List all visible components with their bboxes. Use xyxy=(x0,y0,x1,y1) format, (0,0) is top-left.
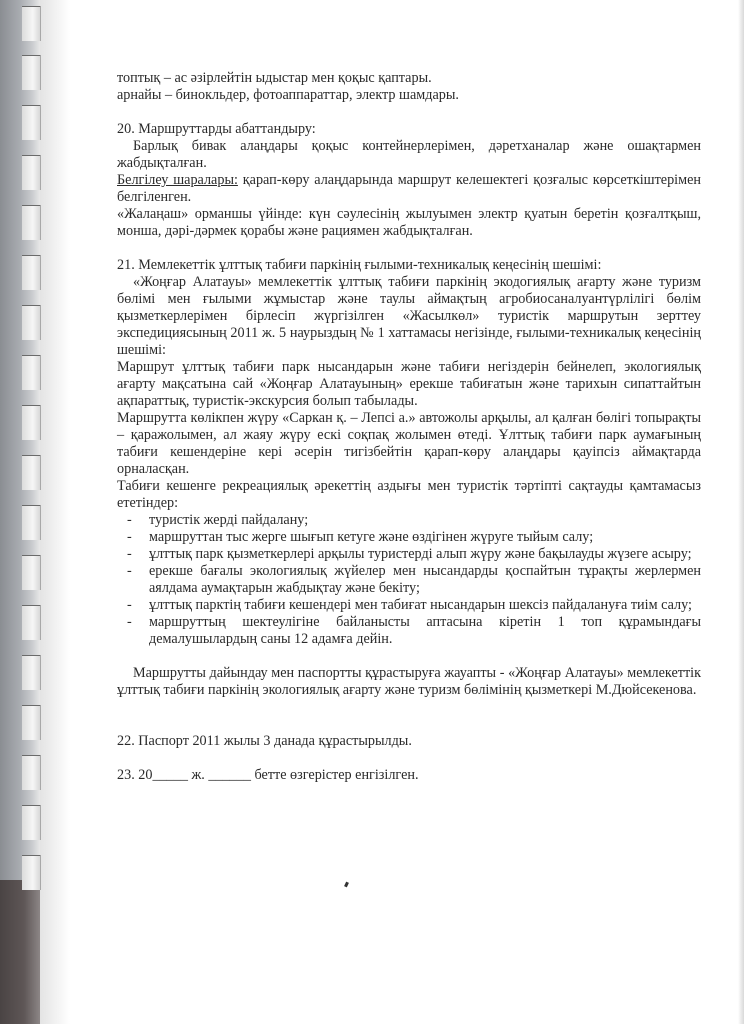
section-21-heading: 21. Мемлекеттік ұлттық табиғи паркінің ғ… xyxy=(117,257,701,274)
page-gutter-shadow xyxy=(40,0,70,1024)
marking-label: Белгілеу шаралары: xyxy=(117,172,238,188)
dash-marker: - xyxy=(127,529,132,546)
section-21-paragraph: Маршрутта көлікпен жүру «Саркан қ. – Леп… xyxy=(117,410,701,478)
dash-marker: - xyxy=(127,614,132,631)
list-item: -ерекше бағалы экологиялық жүйелер мен н… xyxy=(117,563,701,597)
list-item: -ұлттық парк қызметкерлері арқылы турист… xyxy=(117,546,701,563)
ink-mark xyxy=(344,882,349,888)
dash-marker: - xyxy=(127,563,132,580)
document-page: топтық – ас әзірлейтін ыдыстар мен қоқыс… xyxy=(117,70,701,784)
section-20-paragraph: Барлық бивак алаңдары қоқыс контейнерлер… xyxy=(117,138,701,172)
section-21-paragraph: «Жоңғар Алатауы» мемлекеттік ұлттық таби… xyxy=(117,274,701,359)
list-item: -ұлттық парктің табиғи кешендері мен таб… xyxy=(117,597,701,614)
list-item: -туристік жерді пайдалану; xyxy=(117,512,701,529)
section-20-marking: Белгілеу шаралары: қарап-көру алаңдарынд… xyxy=(117,172,701,206)
section-21-paragraph: Табиғи кешенге рекреациялық әрекеттің аз… xyxy=(117,478,701,512)
bullet-list: -туристік жерді пайдалану; -маршруттан т… xyxy=(117,512,701,648)
responsible-paragraph: Маршрутты дайындау мен паспортты құрасты… xyxy=(117,665,701,699)
section-21-paragraph: Маршрут ұлттық табиғи парк нысандарын жә… xyxy=(117,359,701,410)
section-22: 22. Паспорт 2011 жылы 3 данада құрастыры… xyxy=(117,733,701,750)
section-20-heading: 20. Маршруттарды абаттандыру: xyxy=(117,121,701,138)
page-edge xyxy=(738,0,744,1024)
dash-marker: - xyxy=(127,512,132,529)
intro-line: арнайы – бинокльдер, фотоаппараттар, эле… xyxy=(117,87,701,104)
list-item: -маршруттан тыс жерге шығып кетуге және … xyxy=(117,529,701,546)
dash-marker: - xyxy=(127,546,132,563)
section-20-forester-house: «Жалаңаш» орманшы үйінде: күн сәулесінің… xyxy=(117,206,701,240)
intro-line: топтық – ас әзірлейтін ыдыстар мен қоқыс… xyxy=(117,70,701,87)
dash-marker: - xyxy=(127,597,132,614)
list-item: -маршруттың шектеулігіне байланысты апта… xyxy=(117,614,701,648)
section-23: 23. 20_____ ж. ______ бетте өзгерістер е… xyxy=(117,767,701,784)
